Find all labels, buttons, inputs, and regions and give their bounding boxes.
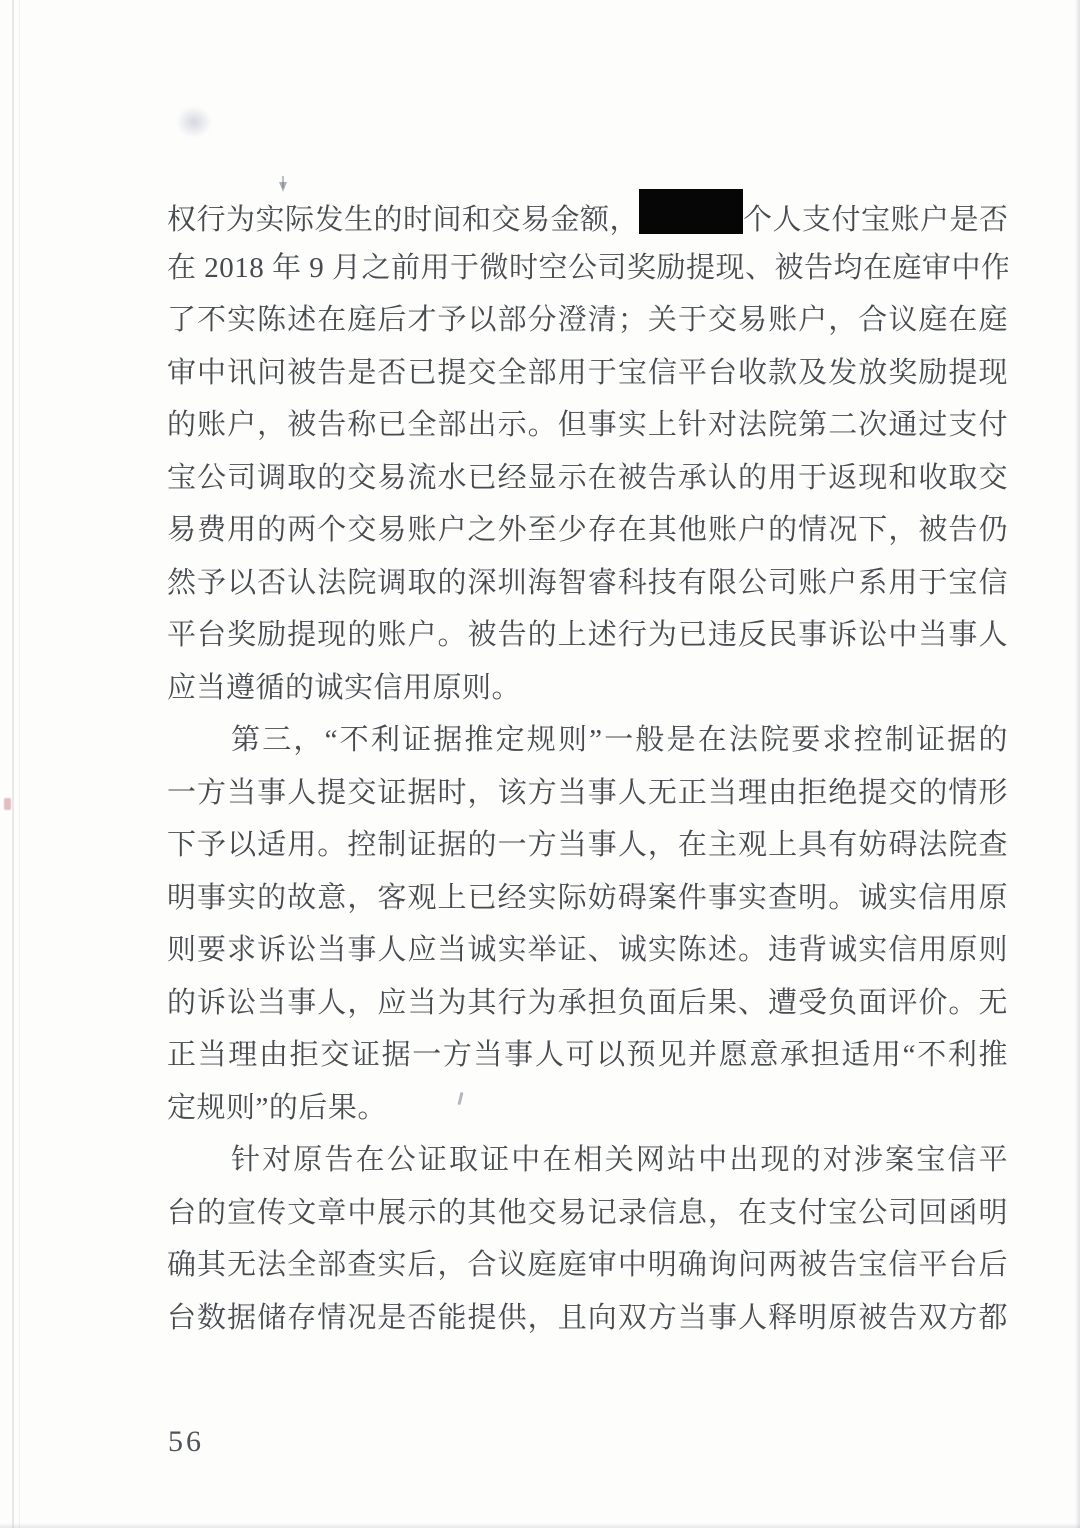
text-line: 了不实陈述在庭后才予以部分澄清；关于交易账户，合议庭在庭 — [167, 294, 1008, 347]
text-line: 则要求诉讼当事人应当诚实举证、诚实陈述。违背诚实信用原则 — [167, 924, 1008, 977]
scanned-document-page: 权行为实际发生的时间和交易金额，个人支付宝账户是否 在 2018 年 9 月之前… — [0, 0, 1080, 1528]
text-line: 的诉讼当事人，应当为其行为承担负面后果、遭受负面评价。无 — [167, 977, 1008, 1030]
text-line: 台的宣传文章中展示的其他交易记录信息，在支付宝公司回函明 — [167, 1187, 1008, 1240]
text-line: 平台奖励提现的账户。被告的上述行为已违反民事诉讼中当事人 — [167, 609, 1008, 662]
text-line: 在 2018 年 9 月之前用于微时空公司奖励提现、被告均在庭审中作 — [167, 242, 1008, 295]
text-line: 一方当事人提交证据时，该方当事人无正当理由拒绝提交的情形 — [167, 767, 1008, 820]
text-line-paragraph-start: 第三，“不利证据推定规则”一般是在法院要求控制证据的 — [167, 714, 1008, 767]
text-line: 易费用的两个交易账户之外至少存在其他账户的情况下，被告仍 — [167, 504, 1008, 557]
scan-edge-shadow-bottom — [0, 1523, 1080, 1528]
text-line: 的账户，被告称已全部出示。但事实上针对法院第二次通过支付 — [167, 399, 1008, 452]
redacted-line-suffix: 个人支付宝账户是否 — [743, 204, 1008, 236]
text-line: 台数据储存情况是否能提供，且向双方当事人释明原被告双方都 — [167, 1292, 1008, 1345]
text-line: 然予以否认法院调取的深圳海智睿科技有限公司账户系用于宝信 — [167, 557, 1008, 610]
redaction-box — [639, 189, 743, 234]
text-line-paragraph-end: 定规则”的后果。 — [167, 1082, 1008, 1135]
text-line: 明事实的故意，客观上已经实际妨碍案件事实查明。诚实信用原 — [167, 872, 1008, 925]
scan-red-mark — [4, 798, 11, 810]
document-text-block: 权行为实际发生的时间和交易金额，个人支付宝账户是否 在 2018 年 9 月之前… — [167, 189, 1008, 1344]
page-number: 56 — [168, 1425, 204, 1459]
scan-edge-shadow-right — [1075, 0, 1080, 1528]
text-line: 下予以适用。控制证据的一方当事人，在主观上具有妨碍法院查 — [167, 819, 1008, 872]
text-line-paragraph-end: 应当遵循的诚实信用原则。 — [167, 662, 1008, 715]
redacted-line-prefix: 权行为实际发生的时间和交易金额， — [167, 204, 639, 236]
scan-smudge — [176, 106, 212, 138]
text-line: 宝公司调取的交易流水已经显示在被告承认的用于返现和收取交 — [167, 452, 1008, 505]
scan-fold-line-secondary — [19, 0, 20, 1528]
text-line: 正当理由拒交证据一方当事人可以预见并愿意承担适用“不利推 — [167, 1029, 1008, 1082]
scan-fold-line — [12, 0, 14, 1528]
text-line: 审中讯问被告是否已提交全部用于宝信平台收款及发放奖励提现 — [167, 347, 1008, 400]
text-line-with-redaction: 权行为实际发生的时间和交易金额，个人支付宝账户是否 — [167, 189, 1008, 242]
text-line-paragraph-start: 针对原告在公证取证中在相关网站中出现的对涉案宝信平 — [167, 1134, 1008, 1187]
text-line: 确其无法全部查实后，合议庭庭审中明确询问两被告宝信平台后 — [167, 1239, 1008, 1292]
